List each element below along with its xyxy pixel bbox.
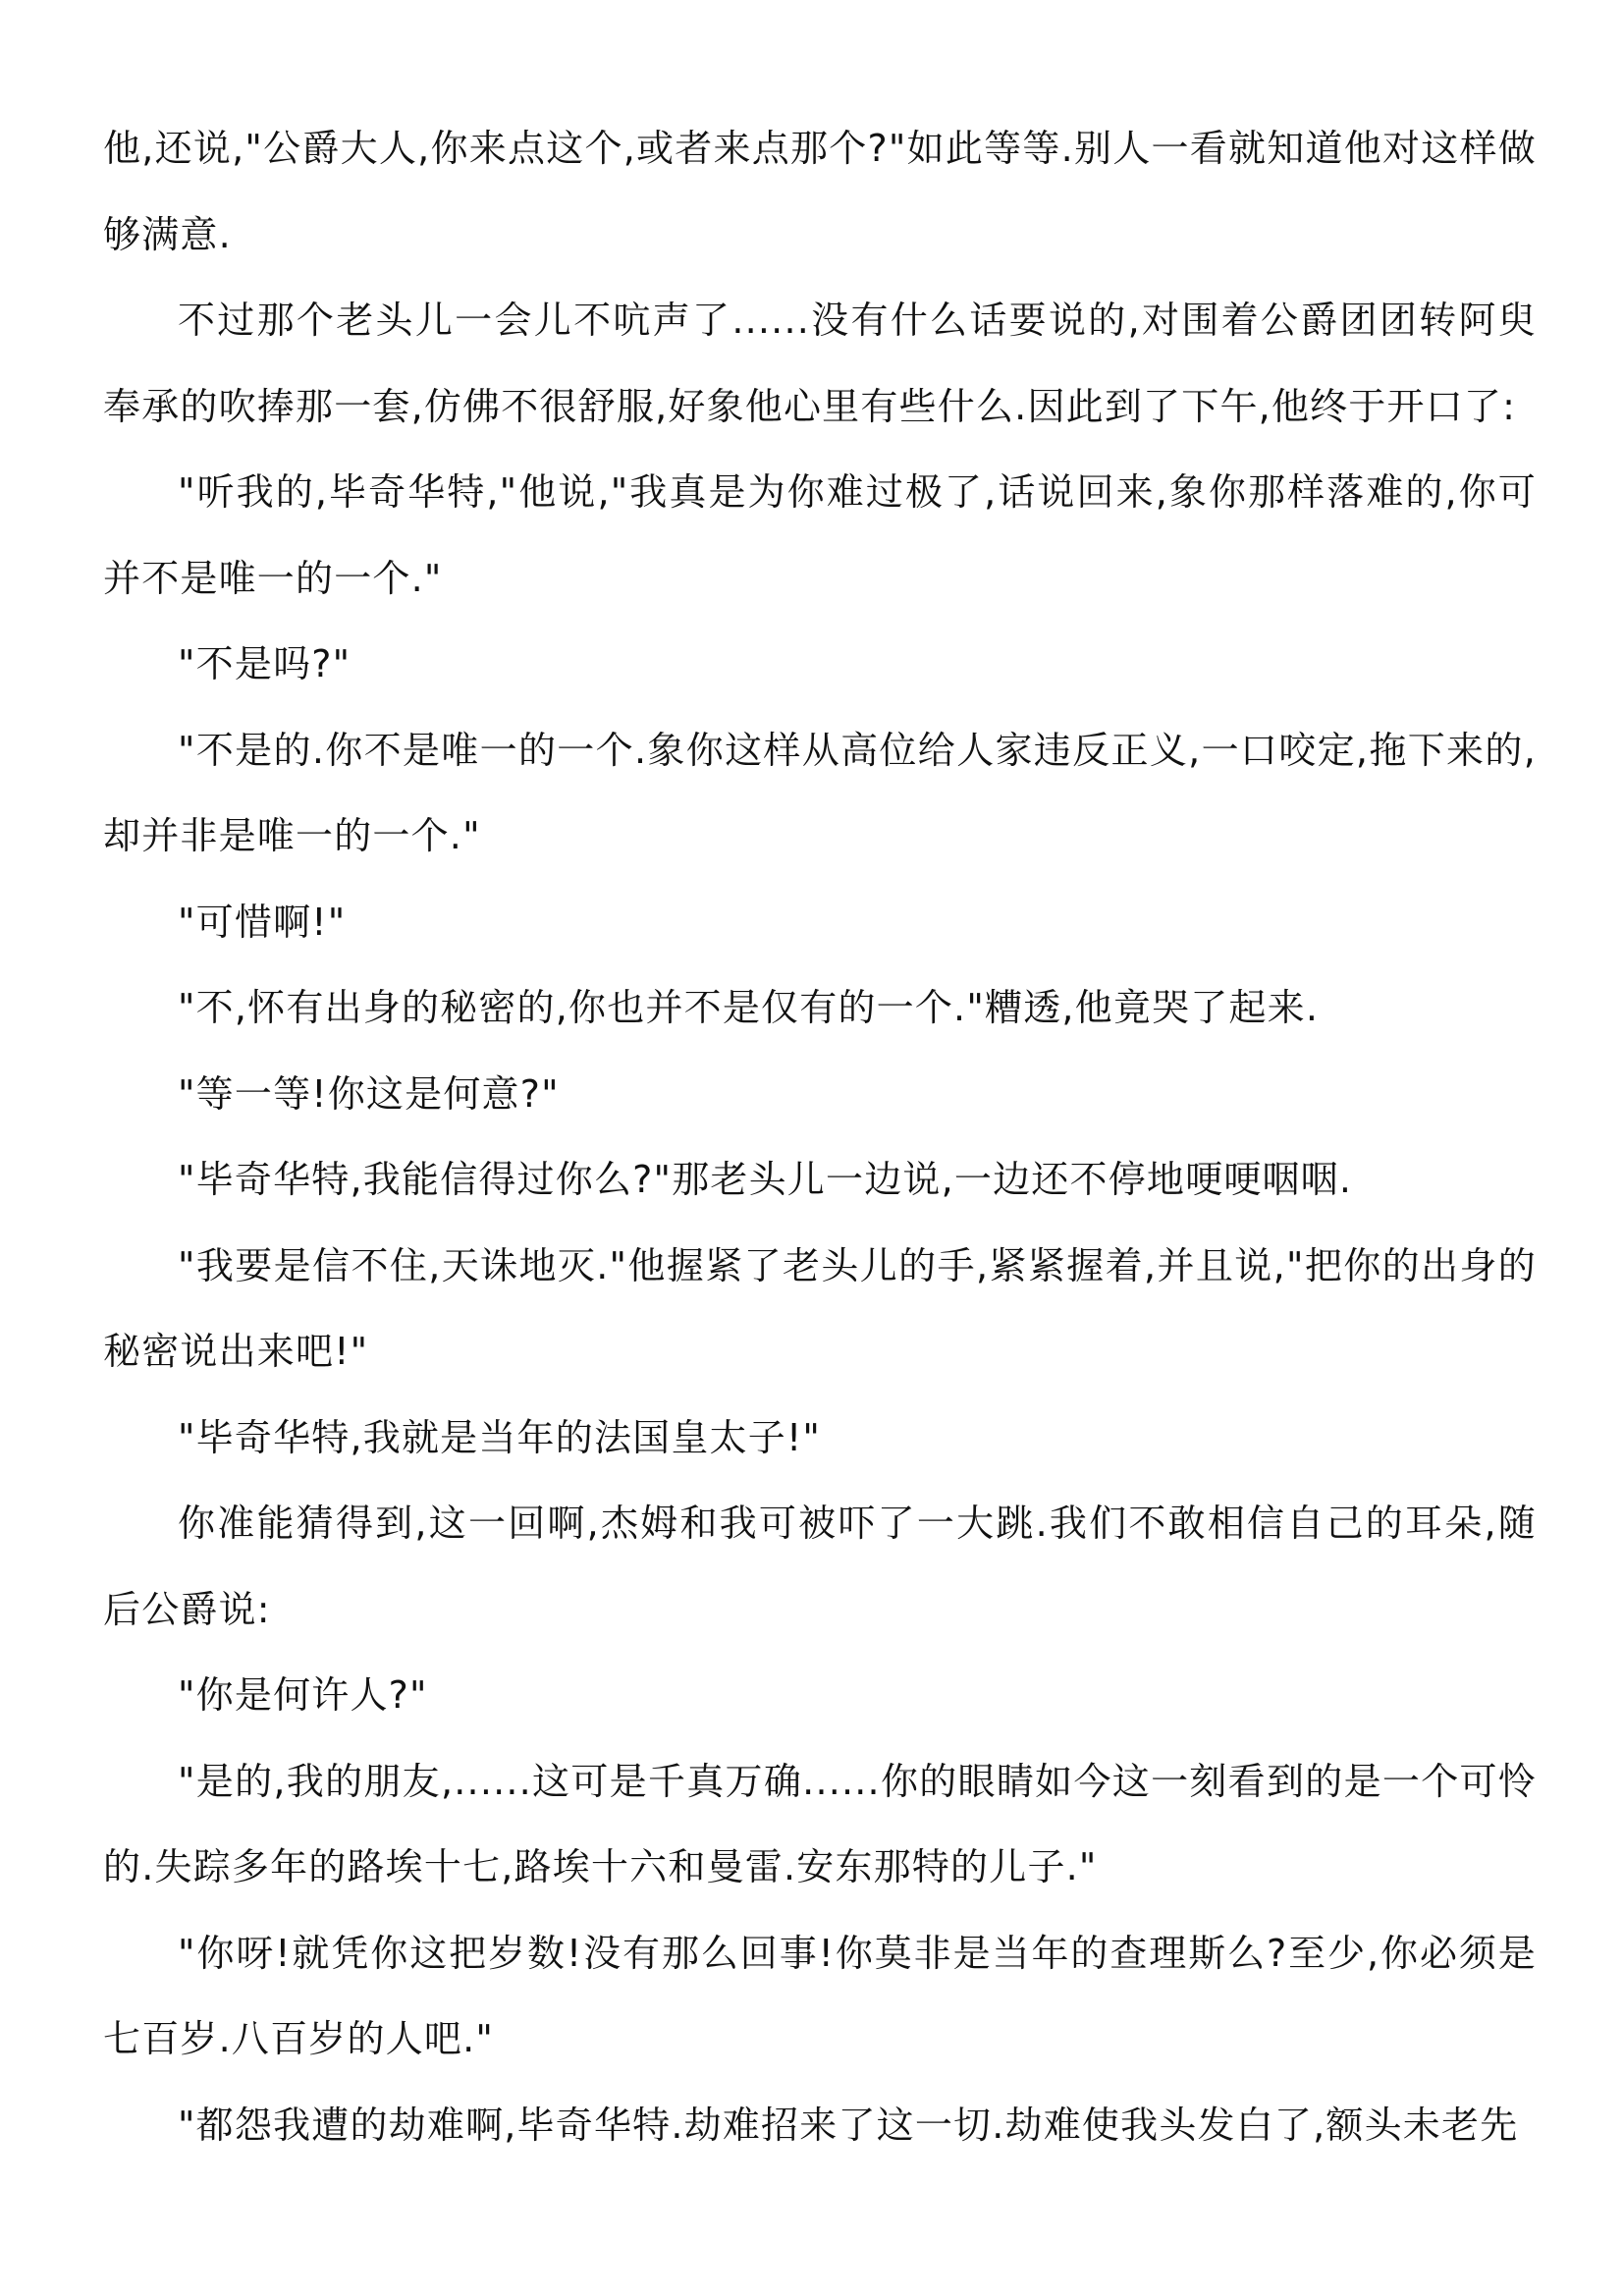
paragraph-7: "不,怀有出身的秘密的,你也并不是仅有的一个."糟透,他竟哭了起来. <box>103 965 1537 1052</box>
paragraph-10: "我要是信不住,天诛地灭."他握紧了老头儿的手,紧紧握着,并且说,"把你的出身的… <box>103 1224 1537 1395</box>
paragraph-5: "不是的.你不是唯一的一个.象你这样从高位给人家违反正义,一口咬定,拖下来的,却… <box>103 708 1537 880</box>
paragraph-9: "毕奇华特,我能信得过你么?"那老头儿一边说,一边还不停地哽哽咽咽. <box>103 1137 1537 1224</box>
paragraph-6: "可惜啊!" <box>103 880 1537 966</box>
paragraph-13: "你是何许人?" <box>103 1653 1537 1739</box>
paragraph-11: "毕奇华特,我就是当年的法国皇太子!" <box>103 1395 1537 1482</box>
paragraph-4: "不是吗?" <box>103 622 1537 708</box>
paragraph-2: 不过那个老头儿一会儿不吭声了......没有什么话要说的,对围着公爵团团转阿臾奉… <box>103 278 1537 450</box>
paragraph-14: "是的,我的朋友,......这可是千真万确......你的眼睛如今这一刻看到的… <box>103 1739 1537 1911</box>
paragraph-16: "都怨我遭的劫难啊,毕奇华特.劫难招来了这一切.劫难使我头发白了,额头未老先 <box>103 2083 1537 2169</box>
paragraph-1: 他,还说,"公爵大人,你来点这个,或者来点那个?"如此等等.别人一看就知道他对这… <box>103 106 1537 278</box>
paragraph-15: "你呀!就凭你这把岁数!没有那么回事!你莫非是当年的查理斯么?至少,你必须是七百… <box>103 1911 1537 2083</box>
paragraph-8: "等一等!你这是何意?" <box>103 1052 1537 1138</box>
paragraph-12: 你准能猜得到,这一回啊,杰姆和我可被吓了一大跳.我们不敢相信自己的耳朵,随后公爵… <box>103 1481 1537 1653</box>
paragraph-3: "听我的,毕奇华特,"他说,"我真是为你难过极了,话说回来,象你那样落难的,你可… <box>103 450 1537 622</box>
document-page: 他,还说,"公爵大人,你来点这个,或者来点那个?"如此等等.别人一看就知道他对这… <box>103 106 1537 2168</box>
